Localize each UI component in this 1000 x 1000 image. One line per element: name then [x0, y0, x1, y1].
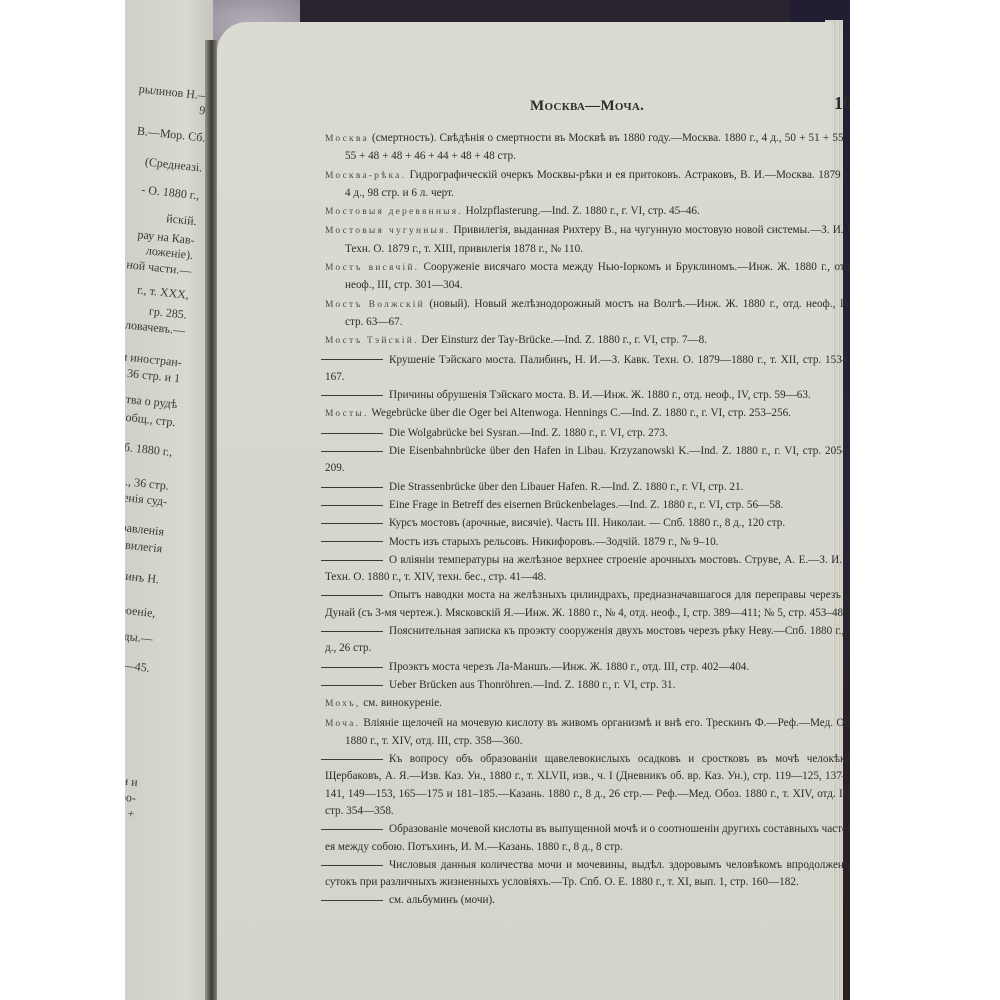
entry-heading: Москва-рѣка. [325, 171, 406, 181]
entry-text: Пояснительная записка къ проэкту сооруже… [325, 625, 850, 654]
index-entry: Мостовыя чугунныя. Привилегія, выданная … [325, 222, 850, 258]
ditto-dash [321, 667, 383, 668]
ditto-dash [321, 505, 383, 506]
left-page-fragment: рылинов Н.— [138, 82, 210, 104]
entry-text: Числовыя данныя количества мочи и мочеви… [325, 859, 850, 888]
entry-text: Wegebrücke über die Oger bei Altenwoga. … [371, 407, 791, 419]
index-entry: Мосты. Wegebrücke über die Oger bei Alte… [325, 405, 850, 423]
ditto-dash [321, 900, 383, 901]
ditto-dash [321, 523, 383, 524]
index-subentry: Die Wolgabrücke bei Sysran.—Ind. Z. 1880… [325, 425, 850, 442]
entry-text: Сооруженіе висячаго моста между Нью-Іорк… [345, 261, 850, 291]
index-subentry: Образованіе мочевой кислоты въ выпущенно… [325, 821, 850, 856]
entry-text: Образованіе мочевой кислоты въ выпущенно… [325, 823, 850, 852]
index-entry: Москва-рѣка. Гидрографическій очеркъ Мос… [325, 167, 850, 203]
index-entries: Москва (смертность). Свѣдѣнія о смертнос… [325, 130, 850, 910]
entry-heading: Мосты. [325, 409, 369, 419]
index-entry: Моча. Вліяніе щелочей на мочевую кислоту… [325, 715, 850, 751]
left-page-fragment: ографіи и [125, 770, 138, 790]
page-content: Москва—Моча. 101 Москва (смертность). Св… [325, 98, 850, 911]
entry-text: Вліяніе щелочей на мочевую кислоту въ жи… [345, 717, 850, 747]
index-subentry: Курсъ мостовъ (арочные, висячіе). Часть … [325, 515, 850, 532]
entry-heading: Мостовыя чугунныя. [325, 226, 450, 236]
left-page-fragment: общ., стр. [125, 410, 176, 430]
entry-text: Гидрографическій очеркъ Москвы-рѣки и ея… [345, 169, 850, 199]
index-entry: Мостъ Тэйскій. Der Einsturz der Tay-Brüc… [325, 332, 850, 350]
ditto-dash [321, 560, 383, 561]
ditto-dash [321, 359, 383, 360]
index-entry: Москва (смертность). Свѣдѣнія о смертнос… [325, 130, 850, 166]
index-subentry: Опытъ наводки моста на желѣзныхъ цилиндр… [325, 587, 850, 622]
left-page-fragment: В.—Мор. Сб. [136, 124, 206, 146]
ditto-dash [321, 685, 383, 686]
ditto-dash [321, 487, 383, 488]
entry-text: Die Wolgabrücke bei Sysran.—Ind. Z. 1880… [389, 427, 668, 439]
entry-text: Мостъ изъ старыхъ рельсовъ. Никифоровъ.—… [389, 536, 718, 548]
ditto-dash [321, 451, 383, 452]
ditto-dash [321, 631, 383, 632]
left-page-fragment: (Среднеазі. [144, 155, 203, 176]
left-page-fragment: йскій. [166, 211, 198, 229]
left-page-fragment: 40—45. [125, 657, 150, 676]
entry-text: О вліяніи температуры на желѣзное верхне… [325, 554, 850, 583]
entry-heading: Моча. [325, 719, 360, 729]
index-subentry: Причины обрушенія Тэйскаго моста. В. И.—… [325, 387, 850, 404]
index-subentry: Числовыя данныя количества мочи и мочеви… [325, 857, 850, 892]
ditto-dash [321, 829, 383, 830]
left-page-fragment: Сб. 1880 г., [125, 439, 173, 460]
left-page-fragment: ніе годы.— [125, 626, 153, 647]
entry-text: Опытъ наводки моста на желѣзныхъ цилиндр… [325, 589, 850, 618]
entry-heading: Мохъ, [325, 699, 360, 709]
index-subentry: Мостъ изъ старыхъ рельсовъ. Никифоровъ.—… [325, 534, 850, 551]
index-subentry: Die Strassenbrücke über den Libauer Hafe… [325, 479, 850, 496]
entry-text: Крушеніе Тэйскаго моста. Палибинъ, Н. И.… [325, 354, 850, 383]
entry-text: Причины обрушенія Тэйскаго моста. В. И.—… [389, 389, 811, 401]
ditto-dash [321, 395, 383, 396]
index-entry: Мостъ Волжскій (новый). Новый желѣзнодор… [325, 296, 850, 332]
entry-text: Die Strassenbrücke über den Libauer Hafe… [389, 481, 743, 493]
index-subentry: см. альбуминъ (мочи). [325, 892, 850, 909]
entry-text: Eine Frage in Betreff des eisernen Brück… [389, 499, 783, 511]
entry-text: Къ вопросу объ образованіи щавелевокислы… [325, 753, 850, 817]
index-entry: Мостъ висячій. Сооруженіе висячаго моста… [325, 259, 850, 295]
entry-text: Проэктъ моста черезъ Ла-Маншъ.—Инж. Ж. 1… [389, 661, 749, 673]
entry-text: Курсъ мостовъ (арочные, висячіе). Часть … [389, 517, 785, 529]
ditto-dash [321, 759, 383, 760]
entry-text: Der Einsturz der Tay-Brücke.—Ind. Z. 188… [421, 334, 707, 346]
entry-text: Ueber Brücken aus Thonröhren.—Ind. Z. 18… [389, 679, 675, 691]
ditto-dash [321, 541, 383, 542]
left-page-fragment: направленія [125, 518, 165, 539]
left-page-fragment: достроеніе, [125, 600, 156, 621]
index-entry: Мостовыя деревянныя. Holzpflasterung.—In… [325, 203, 850, 221]
index-subentry: Die Eisenbahnbrücke über den Hafen in Li… [325, 443, 850, 478]
entry-heading: Мостовыя деревянныя. [325, 207, 463, 217]
entry-text: Holzpflasterung.—Ind. Z. 1880 г., г. VI,… [466, 205, 700, 217]
left-page-fragment: г., т. XXX, [136, 282, 189, 302]
left-page-text-fragments: рылинов Н.—9.В.—Мор. Сб.(Среднеазі.- О. … [125, 80, 213, 89]
left-page-fragment: - О. 1880 г., [141, 182, 200, 203]
index-subentry: Пояснительная записка къ проэкту сооруже… [325, 623, 850, 658]
entry-text: см. альбуминъ (мочи). [389, 894, 495, 906]
page-header: Москва—Моча. 101 [325, 98, 850, 122]
entry-heading: Мостъ Волжскій [325, 300, 425, 310]
entry-text: Die Eisenbahnbrücke über den Hafen in Li… [325, 445, 850, 474]
entry-text: (смертность). Свѣдѣнія о смертности въ М… [345, 132, 850, 162]
ditto-dash [321, 865, 383, 866]
entry-heading: Москва [325, 134, 369, 144]
left-page-fragment: тва о рудѣ [125, 392, 178, 412]
index-subentry: Проэктъ моста черезъ Ла-Маншъ.—Инж. Ж. 1… [325, 659, 850, 676]
index-entry: Мохъ, см. винокуреніе. [325, 695, 850, 713]
ditto-dash [321, 595, 383, 596]
entry-heading: Мостъ Тэйскій. [325, 336, 419, 346]
running-title: Москва—Моча. [530, 98, 644, 115]
index-subentry: Eine Frage in Betreff des eisernen Brück… [325, 497, 850, 514]
entry-heading: Мостъ висячій. [325, 263, 419, 273]
left-page: рылинов Н.—9.В.—Мор. Сб.(Среднеазі.- О. … [125, 0, 213, 1000]
right-page: Москва—Моча. 101 Москва (смертность). Св… [217, 22, 832, 1000]
index-subentry: Ueber Brücken aus Thonröhren.—Ind. Z. 18… [325, 677, 850, 694]
ditto-dash [321, 433, 383, 434]
page-number: 101 [834, 95, 850, 112]
index-subentry: О вліяніи температуры на желѣзное верхне… [325, 552, 850, 587]
left-page-fragment: Зыбинъ Н. [125, 567, 160, 588]
book-photo: рылинов Н.—9.В.—Мор. Сб.(Среднеазі.- О. … [125, 0, 850, 1000]
index-subentry: Крушеніе Тэйскаго моста. Палибинъ, Н. И.… [325, 352, 850, 387]
index-subentry: Къ вопросу объ образованіи щавелевокислы… [325, 751, 850, 820]
entry-text: см. винокуреніе. [363, 697, 442, 709]
